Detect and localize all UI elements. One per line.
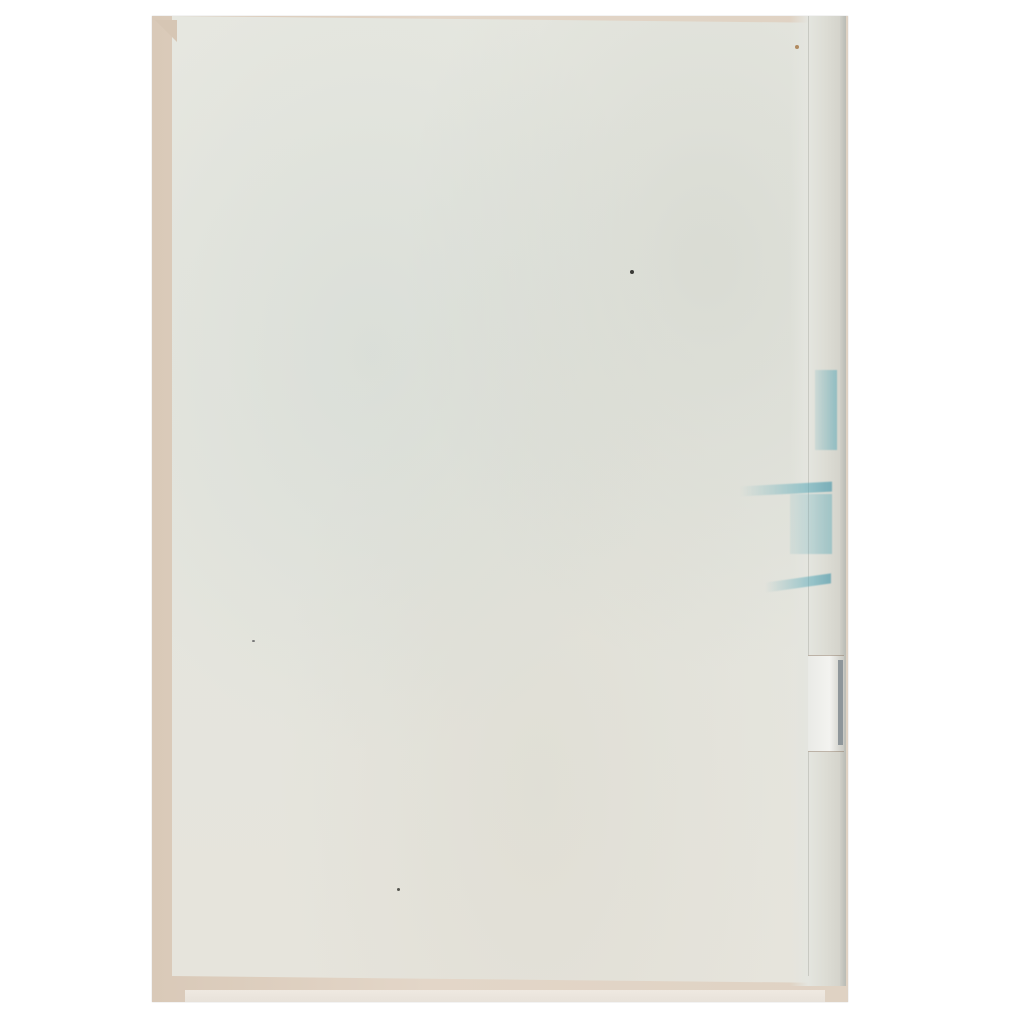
spine-tear-shadow: [838, 660, 843, 745]
speck: [795, 45, 799, 49]
photo-stage: [0, 0, 1024, 1024]
speck: [630, 270, 634, 274]
board-bottom-edge: [185, 990, 825, 1002]
blue-mark: [815, 370, 837, 450]
speck: [397, 888, 400, 891]
spine-edge: [840, 16, 846, 986]
speck: [252, 640, 255, 642]
blank-page: [172, 16, 840, 983]
blue-mark: [790, 494, 832, 554]
folded-corner: [155, 20, 177, 42]
